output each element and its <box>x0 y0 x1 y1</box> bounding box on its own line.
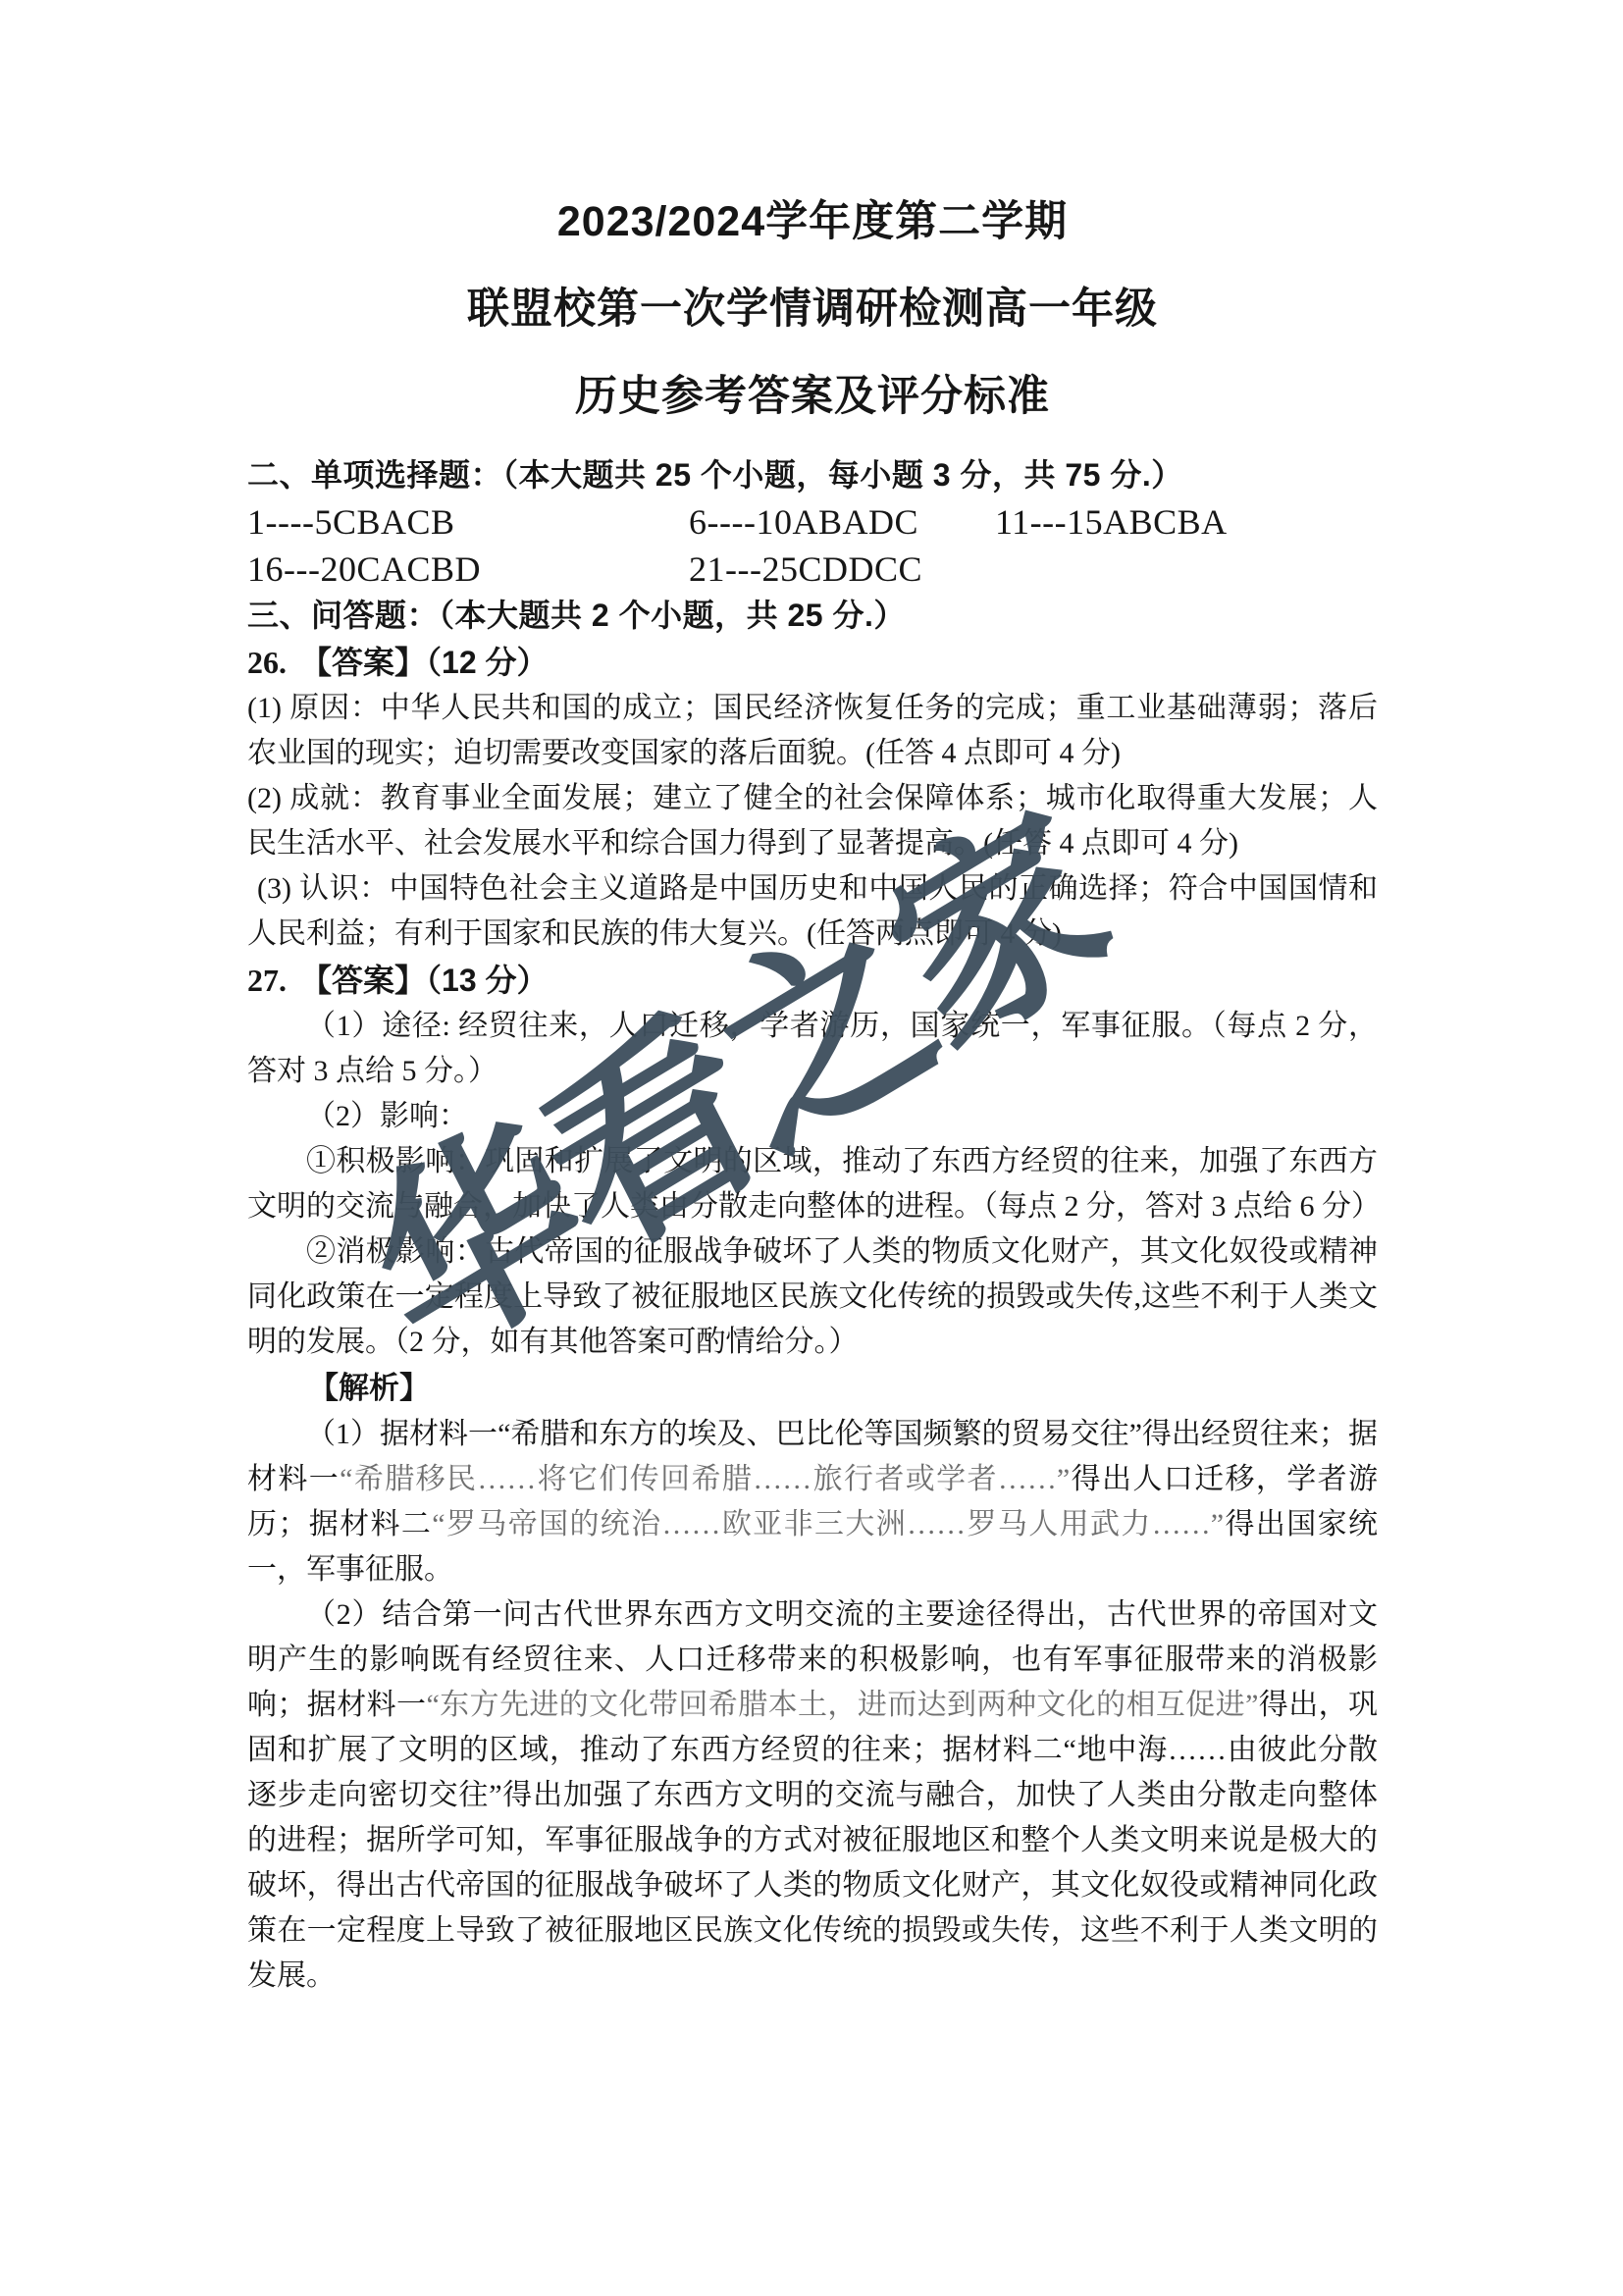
answer-range-6-10: 6----10ABADC <box>689 498 918 546</box>
question-27-number: 27. <box>247 963 287 998</box>
question-26-number: 26. <box>247 645 287 680</box>
doc-title-subject: 历史参考答案及评分标准 <box>247 375 1378 419</box>
analysis2-text: 得出，巩固和扩展了文明的区域，推动了东西方经贸的往来；据材料二“地中海……由彼此… <box>247 1689 1378 1992</box>
exam-answer-sheet-page: 2023/2024学年度第二学期 联盟校第一次学情调研检测高一年级 历史参考答案… <box>0 0 1623 2296</box>
analysis1-quote-roman-empire: “罗马帝国的统治……欧亚非三大洲……罗马人用武力……” <box>432 1508 1224 1540</box>
analysis-label: 【解析】 <box>247 1365 1378 1412</box>
answer-key-row-1: 1----5CBACB 6----10ABADC 11---15ABCBA <box>247 498 1378 546</box>
answer-range-11-15: 11---15ABCBA <box>995 498 1228 546</box>
analysis1-quote-migration: “希腊移民……将它们传回希腊……旅行者或学者……” <box>340 1463 1070 1495</box>
document-content: 2023/2024学年度第二学期 联盟校第一次学情调研检测高一年级 历史参考答案… <box>247 200 1378 1999</box>
answer-range-21-25: 21---25CDDCC <box>689 546 922 593</box>
q26-answer-point-2: (2) 成就：教育事业全面发展；建立了健全的社会保障体系；城市化取得重大发展；人… <box>247 776 1378 866</box>
answer-range-1-5: 1----5CBACB <box>247 498 455 546</box>
q27-positive-impact: ①积极影响：巩固和扩展了文明的区域，推动了东西方经贸的往来，加强了东西方文明的交… <box>247 1139 1378 1229</box>
question-26-score: （12 分） <box>426 645 549 680</box>
section-multiple-choice-header: 二、单项选择题：（本大题共 25 个小题，每小题 3 分，共 75 分.） <box>247 452 1378 498</box>
answer-range-16-20: 16---20CACBD <box>247 546 481 593</box>
q26-answer-point-3: (3) 认识：中国特色社会主义道路是中国历史和中国人民的正确选择；符合中国国情和… <box>247 866 1378 957</box>
analysis2-quote-eastern-culture: “东方先进的文化带回希腊本土，进而达到两种文化的相互促进” <box>426 1689 1258 1721</box>
question-26-answer-label: 【答案】 <box>300 645 426 680</box>
question-27-heading: 27.【答案】（13 分） <box>247 957 1378 1004</box>
q26-answer-point-1: (1) 原因：中华人民共和国的成立；国民经济恢复任务的完成；重工业基础薄弱；落后… <box>247 686 1378 776</box>
doc-title-semester: 2023/2024学年度第二学期 <box>247 200 1378 244</box>
doc-title-exam: 联盟校第一次学情调研检测高一年级 <box>247 287 1378 332</box>
q27-answer-point-1: （1）途径: 经贸往来，人口迁移，学者游历，国家统一，军事征服。（每点 2 分，… <box>247 1004 1378 1094</box>
answer-key-row-2: 16---20CACBD 21---25CDDCC <box>247 546 1378 593</box>
q27-negative-impact: ②消极影响：古代帝国的征服战争破坏了人类的物质文化财产，其文化奴役或精神同化政策… <box>247 1229 1378 1365</box>
analysis-paragraph-1: （1）据材料一“希腊和东方的埃及、巴比伦等国频繁的贸易交往”得出经贸往来；据材料… <box>247 1412 1378 1592</box>
q27-answer-point-2: （2）影响： <box>247 1094 1378 1139</box>
question-27-score: （13 分） <box>426 963 549 998</box>
section-essay-header: 三、问答题：（本大题共 2 个小题，共 25 分.） <box>247 593 1378 639</box>
question-27-answer-label: 【答案】 <box>300 963 426 998</box>
analysis-paragraph-2: （2）结合第一问古代世界东西方文明交流的主要途径得出，古代世界的帝国对文明产生的… <box>247 1592 1378 1999</box>
question-26-heading: 26.【答案】（12 分） <box>247 639 1378 686</box>
